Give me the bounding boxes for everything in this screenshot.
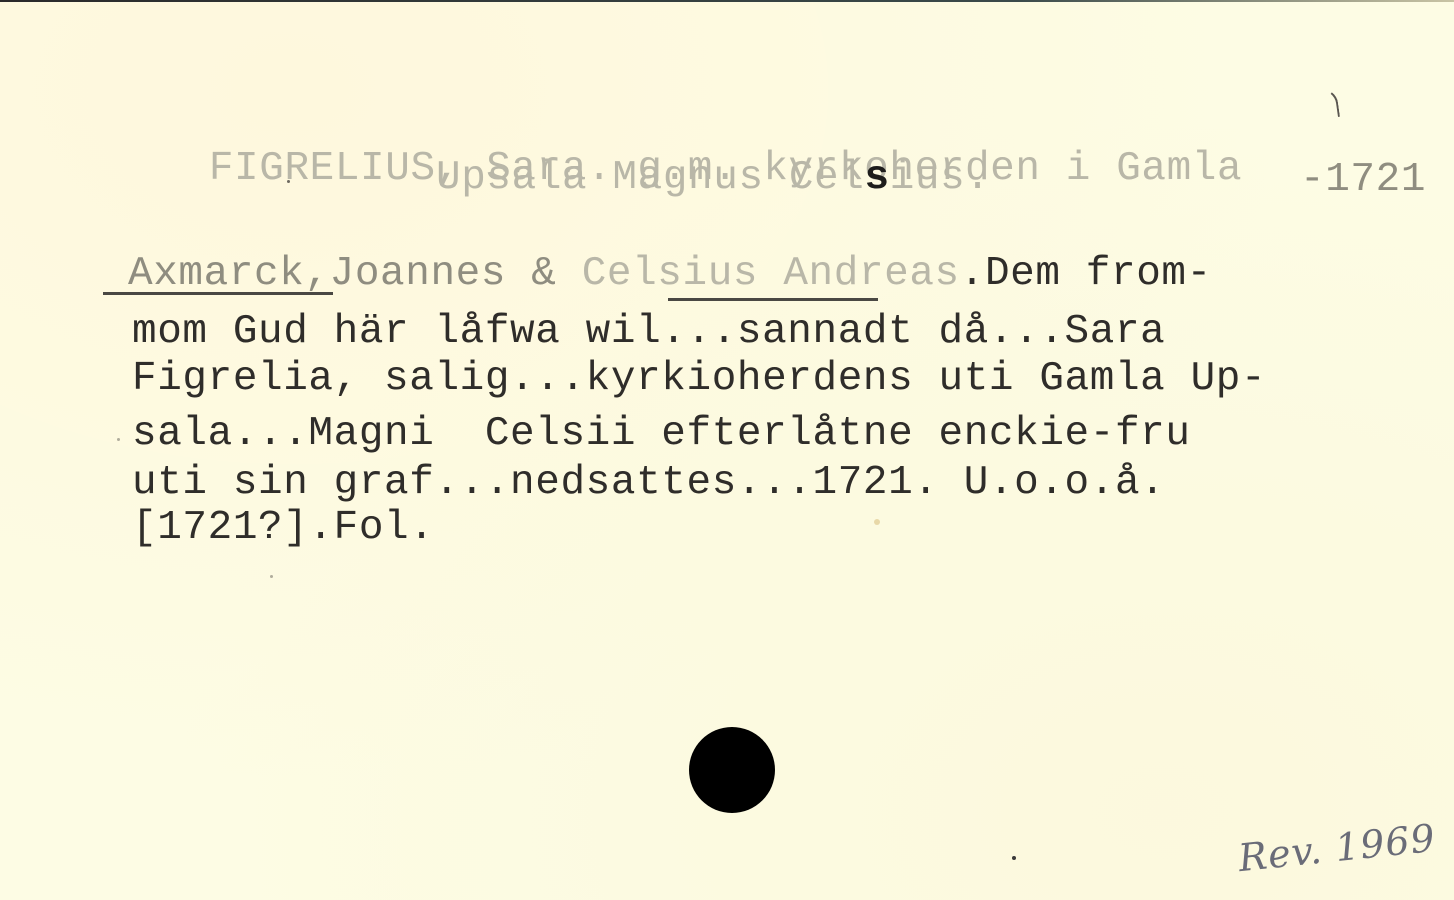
corrected-letter: s: [864, 155, 889, 201]
author-2-underline: [668, 298, 878, 301]
heading-spouse-name-end: ius.: [890, 155, 991, 201]
author-1-rest: ,Joannes &: [304, 251, 581, 297]
heading-surname: FIGRELIUS,: [209, 146, 461, 192]
pencil-bracket-mark: [1320, 87, 1340, 119]
heading-spouse-name: Upsala Magnus Cel: [436, 155, 864, 201]
entry-line-4: sala...Magni Celsii efterlåtne enckie-fr…: [132, 414, 1191, 455]
title-start: .Dem from-: [960, 251, 1212, 297]
punch-hole: [689, 727, 775, 813]
date-range: -1721: [1300, 160, 1426, 201]
entry-line-1: Axmarck,Joannes & Celsius Andreas.Dem fr…: [128, 254, 1212, 295]
entry-line-2: mom Gud här låfwa wil...sannadt då...Sar…: [132, 312, 1165, 353]
paper-speck: [287, 180, 290, 183]
author-1-underline: [103, 292, 333, 295]
heading-line-2: Upsala Magnus Celsius.: [436, 158, 991, 199]
paper-speck: [117, 438, 120, 441]
catalog-card: FIGRELIUS, Sara. g.m. kyrkoherden i Gaml…: [0, 0, 1454, 900]
entry-line-3: Figrelia, salig...kyrkioherdens uti Gaml…: [132, 359, 1266, 400]
entry-line-6: [1721?].Fol.: [132, 508, 434, 549]
paper-speck: [1012, 856, 1016, 860]
paper-speck: [270, 575, 273, 578]
author-2: Celsius: [582, 251, 758, 297]
paper-speck: [874, 519, 880, 525]
author-1: Axmarck: [128, 251, 304, 297]
author-2-rest: Andreas: [758, 251, 960, 297]
entry-line-5: uti sin graf...nedsattes...1721. U.o.o.å…: [132, 463, 1165, 504]
card-top-edge: [0, 0, 1454, 2]
revision-annotation: Rev. 1969: [1236, 816, 1437, 880]
